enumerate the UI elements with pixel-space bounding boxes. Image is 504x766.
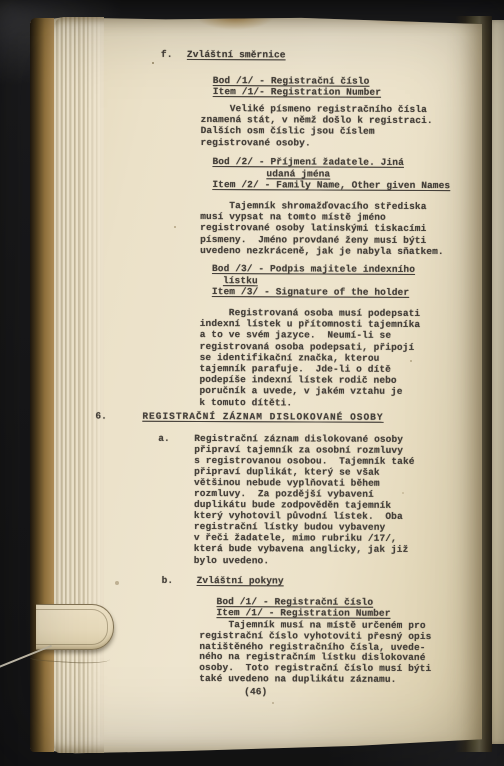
paragraph-dislocated-record: Registrační záznam dislokované osoby při… [194,433,415,567]
item2-heading-line1: Bod /2/ - Příjmení žadatele. Jiná [212,156,403,168]
item1b-heading: Bod /1/ - Registrační číslo Item /1/ - R… [216,596,390,619]
paragraph-registration-number: Veliké písmeno registračního čísla zname… [201,103,433,149]
item3-heading-line1: Bod /3/ - Podpis majitele indexního [212,263,415,275]
item2-heading-line3: Item /2/ - Family Name, Other given Name… [212,179,450,191]
bookmark-tab [36,604,114,650]
sub-a-marker: a. [158,433,170,444]
page-number: (46) [244,686,267,697]
item3-heading-line2: lístku [223,275,258,286]
paragraph-family-name: Tajemník shromažďovacího střediska musí … [200,200,444,257]
sub-b-title: Zvláštní pokyny [197,575,284,587]
item1-heading: Bod /1/ - Registrační číslo Item /1/- Re… [213,75,381,98]
sub-b-marker: b. [162,575,174,586]
section-f-marker: f. [161,49,173,60]
paragraph-signature: Registrovaná osoba musí podepsati indexn… [199,307,420,409]
section-f-title: Zvláštní směrnice [187,49,286,61]
scanned-book-photo: f. Zvláštní směrnice Bod /1/ - Registrač… [0,0,504,766]
item2-heading-line2: udaná jména [266,168,330,179]
typewritten-content: f. Zvláštní směrnice Bod /1/ - Registrač… [0,0,504,766]
section6-title: REGISTRAČNÍ ZÁZNAM DISLOKOVANÉ OSOBY [142,411,383,423]
item3-heading-line3: Item /3/ - Signature of the holder [212,286,409,298]
paragraph-special-instructions: Tajemník musí na místě určeném pro regis… [199,620,431,686]
section6-marker: 6. [95,411,107,422]
